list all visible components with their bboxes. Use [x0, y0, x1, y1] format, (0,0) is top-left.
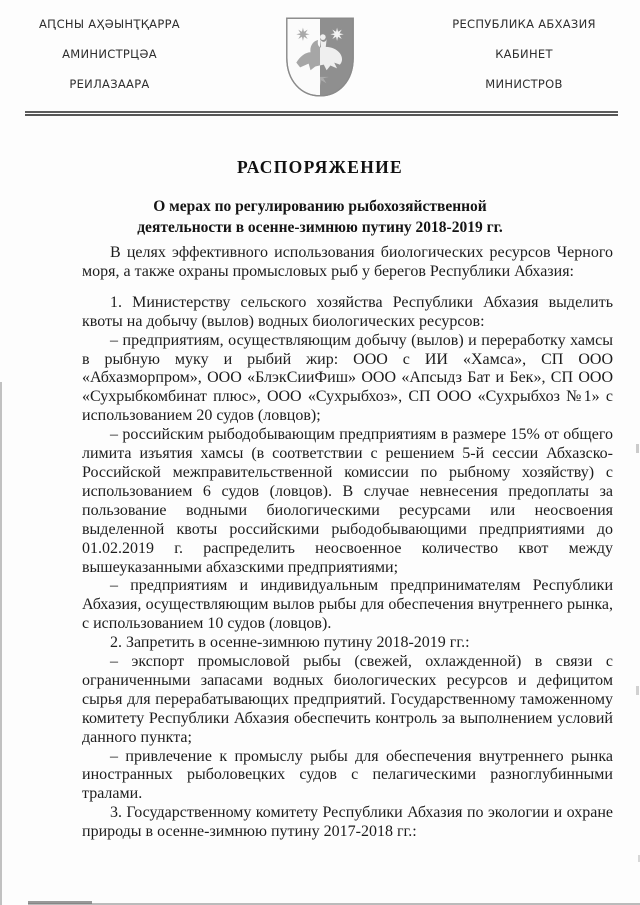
paragraph-subitem: – предприятиям, осуществляющим добычу (в…: [82, 332, 613, 427]
letterhead-left-line: АԤСНЫ АҲӘЫНҬҚАРРА: [22, 9, 197, 39]
document-page: АԤСНЫ АҲӘЫНҬҚАРРА АМИНИСТРЦӘА РЕИЛАЗААРА: [0, 0, 640, 905]
letterhead-right-line: КАБИНЕТ: [438, 39, 610, 69]
letterhead-right-line: РЕСПУБЛИКА АБХАЗИЯ: [438, 9, 610, 39]
scan-artifact-left-edge: [0, 382, 2, 905]
letterhead-left-line: РЕИЛАЗААРА: [22, 69, 197, 99]
letterhead-left: АԤСНЫ АҲӘЫНҬҚАРРА АМИНИСТРЦӘА РЕИЛАЗААРА: [22, 9, 197, 99]
subtitle-line: О мерах по регулированию рыбохозяйственн…: [0, 196, 640, 217]
paragraph-preamble: В целях эффективного использования биоло…: [82, 244, 613, 282]
scan-artifact-bottom-corner: [28, 901, 92, 904]
paragraph-gap: [82, 282, 613, 294]
scan-artifact-right-tick: [636, 444, 639, 453]
letterhead-right: РЕСПУБЛИКА АБХАЗИЯ КАБИНЕТ МИНИСТРОВ: [438, 9, 610, 99]
letterhead-left-line: АМИНИСТРЦӘА: [22, 39, 197, 69]
document-body: В целях эффективного использования биоло…: [82, 244, 613, 842]
paragraph-item-3: 3. Государственному комитету Республики …: [82, 804, 613, 842]
subtitle-line: деятельности в осенне-зимнюю путину 2018…: [0, 217, 640, 238]
abkhazia-coat-of-arms-icon: [284, 15, 356, 99]
header-rule: [25, 111, 618, 116]
document-title: РАСПОРЯЖЕНИЕ: [0, 157, 640, 178]
paragraph-subitem: – предприятиям и индивидуальным предприн…: [82, 577, 613, 634]
paragraph-item-2: 2. Запретить в осенне-зимнюю путину 2018…: [82, 634, 613, 653]
paragraph-subitem: – привлечение к промыслу рыбы для обеспе…: [82, 748, 613, 805]
paragraph-subitem: – экспорт промысловой рыбы (свежей, охла…: [82, 653, 613, 748]
document-subtitle: О мерах по регулированию рыбохозяйственн…: [0, 196, 640, 238]
letterhead-right-line: МИНИСТРОВ: [438, 69, 610, 99]
paragraph-item-1: 1. Министерству сельского хозяйства Респ…: [82, 294, 613, 332]
letterhead: АԤСНЫ АҲӘЫНҬҚАРРА АМИНИСТРЦӘА РЕИЛАЗААРА: [0, 0, 640, 112]
scan-artifact-right-tick: [636, 686, 639, 695]
paragraph-subitem: – российским рыбодобывающим предприятиям…: [82, 426, 613, 577]
